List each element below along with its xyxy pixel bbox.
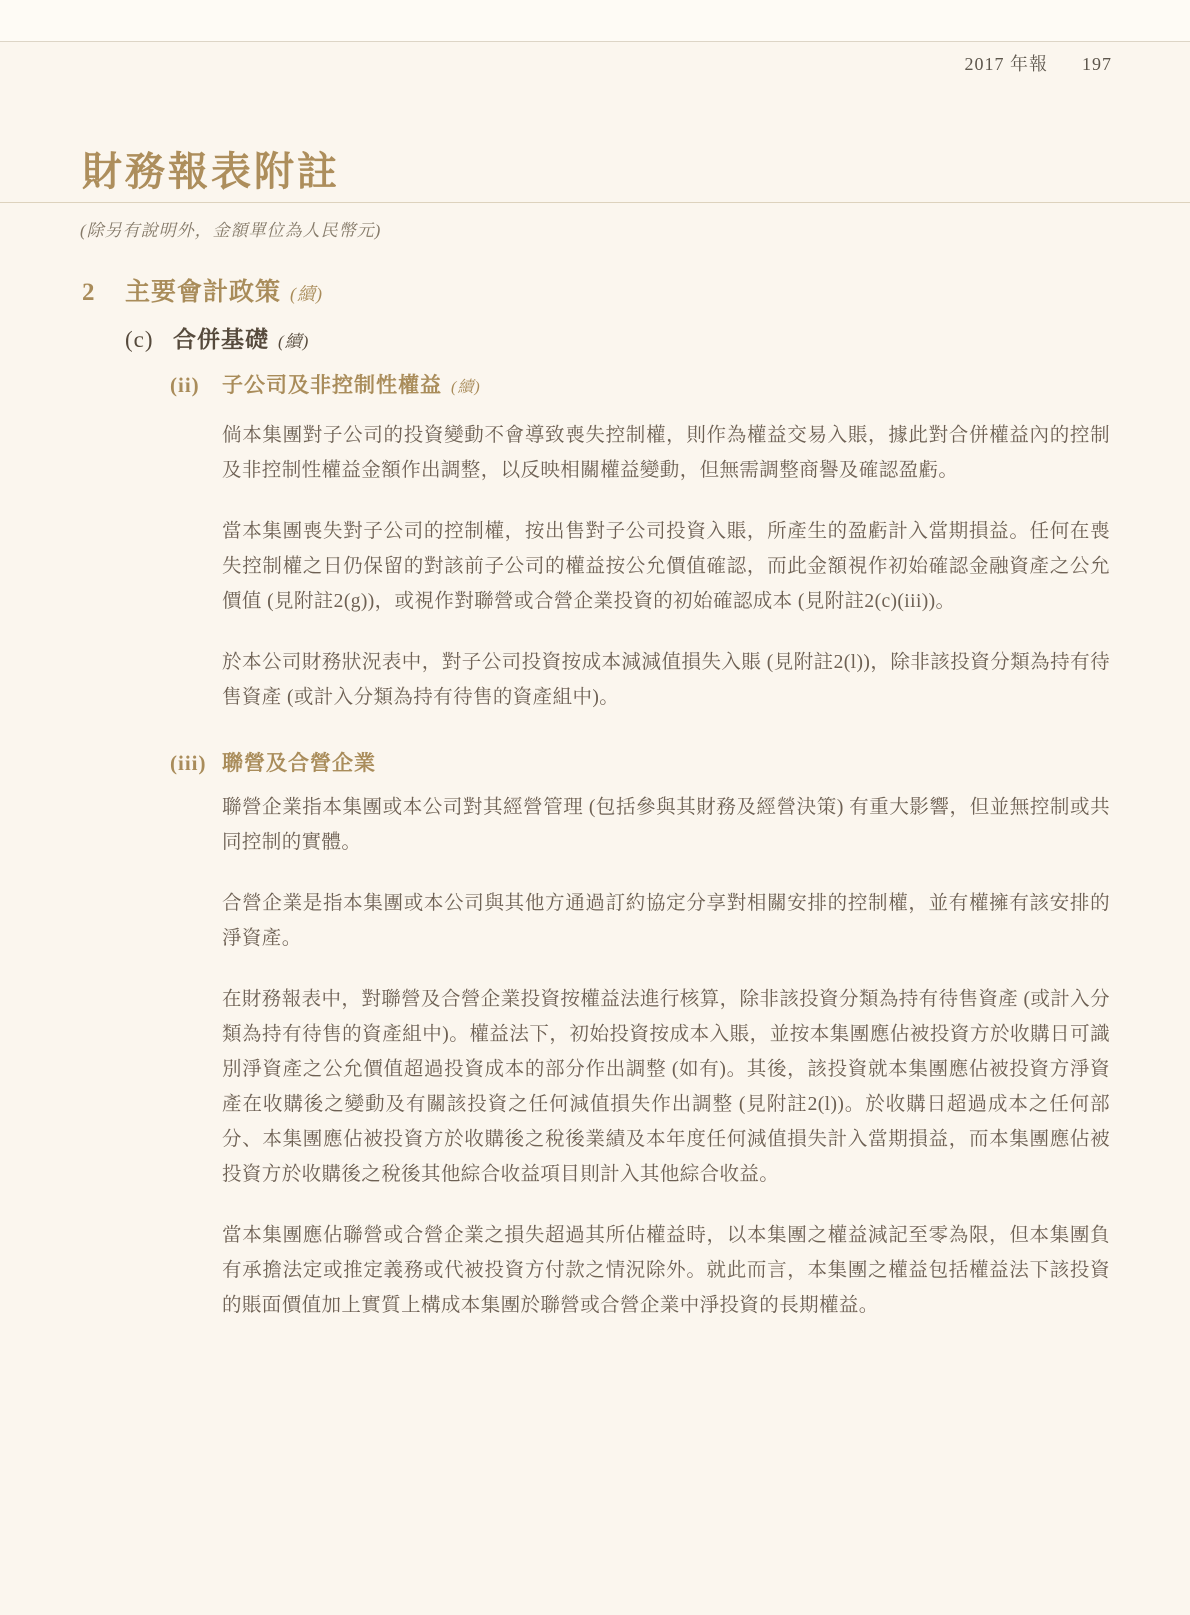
item-ii-continued-marker: (續): [451, 374, 481, 397]
report-year-label: 2017 年報: [965, 50, 1049, 76]
item-ii-heading: (ii) 子公司及非控制性權益 (續): [0, 369, 1190, 399]
paragraph: 當本集團喪失對子公司的控制權，按出售對子公司投資入賬，所產生的盈虧計入當期損益。…: [222, 514, 1110, 619]
subsection-continued-marker: (續): [278, 327, 309, 352]
subsection-heading: (c) 合併基礎 (續): [0, 321, 1190, 354]
section-heading: 2 主要會計政策 (續): [0, 272, 1190, 308]
paragraph: 聯營企業指本集團或本公司對其經營管理 (包括參與其財務及經營決策) 有重大影響，…: [222, 790, 1110, 860]
subsection-label: (c): [125, 327, 173, 353]
item-iii-label: (iii): [170, 751, 222, 776]
section-continued-marker: (續): [290, 280, 323, 306]
currency-note: (除另有說明外，金額單位為人民幣元): [80, 216, 381, 241]
paragraph: 在財務報表中，對聯營及合營企業投資按權益法進行核算，除非該投資分類為持有待售資產…: [222, 982, 1110, 1192]
section-title: 主要會計政策: [125, 272, 281, 308]
paragraph: 於本公司財務狀況表中，對子公司投資按成本減減值損失入賬 (見附註2(l))，除非…: [222, 645, 1110, 715]
page-title: 財務報表附註: [82, 140, 340, 197]
subsection-title: 合併基礎: [173, 321, 269, 354]
paragraph: 合營企業是指本集團或本公司與其他方通過訂約協定分享對相關安排的控制權，並有權擁有…: [222, 886, 1110, 956]
item-iii-title: 聯營及合營企業: [222, 747, 376, 777]
paragraph: 當本集團應佔聯營或合營企業之損失超過其所佔權益時，以本集團之權益減記至零為限，但…: [222, 1218, 1110, 1323]
document-body: 2 主要會計政策 (續) (c) 合併基礎 (續) (ii) 子公司及非控制性權…: [0, 272, 1190, 1323]
paragraph: 倘本集團對子公司的投資變動不會導致喪失控制權，則作為權益交易入賬，據此對合併權益…: [222, 418, 1110, 488]
title-divider: [0, 202, 1190, 203]
item-ii-label: (ii): [170, 373, 222, 398]
top-rule-band: [0, 0, 1190, 42]
page-number: 197: [1082, 54, 1112, 75]
page-header: 2017 年報 197: [965, 50, 1113, 76]
item-ii-title: 子公司及非控制性權益: [222, 369, 442, 399]
section-number: 2: [82, 279, 125, 307]
item-iii-heading: (iii) 聯營及合營企業: [0, 747, 1190, 777]
